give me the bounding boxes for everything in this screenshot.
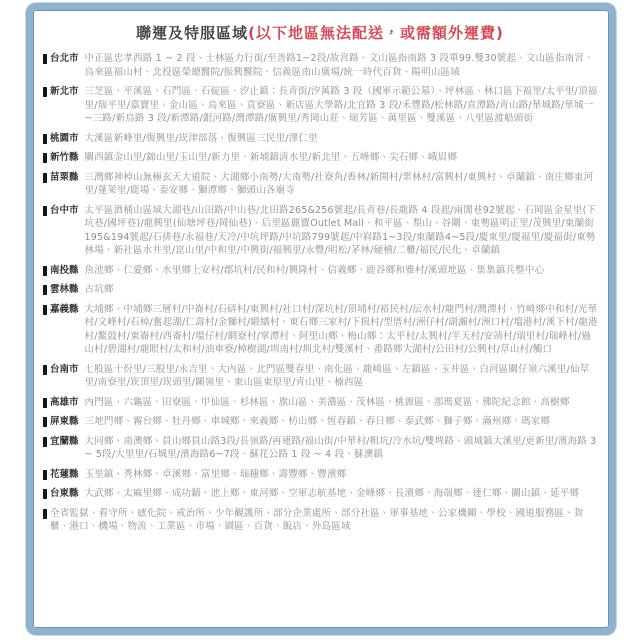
section-bullet-icon <box>43 509 47 519</box>
shipping-notice-panel: 聯運及特服區域(以下地區無法配送，或需額外運費) 台北市 中正區忠孝西路 1 ~… <box>26 3 616 635</box>
region-text: 三芝區、平溪區、石門區、石碇區、汐止鎮：長青街/汐萬路 3 段（國軍示範公墓）、… <box>85 85 599 126</box>
region-text: 大溪區新峰里/復興里/崁津部落、復興區三民里/澤仁里 <box>85 132 599 146</box>
region-text: 大同鄉、南澳鄉、員山鄉員山路3段/長嶺路/再連路/福山街/中華村/粗坑/冷水坑/… <box>85 435 599 462</box>
section-bullet-icon <box>43 305 47 315</box>
notice-title-main: 聯運及特服區域 <box>136 24 248 42</box>
region-row-tainan: 台南市 七股區十份里/三股里/永吉里、大內區、北門區雙春里、南化區、龍崎區、左鎮… <box>41 363 599 390</box>
region-label: 宜蘭縣 <box>50 435 79 449</box>
region-row-chiayi: 嘉義縣 大埔鄉、中埔鄉三層村/中崙村/石硦村/東興村/社口村/深坑村/頂埔村/裕… <box>41 303 599 357</box>
section-bullet-icon <box>43 173 47 183</box>
section-bullet-icon <box>43 285 47 295</box>
region-row-pingtung: 屏東縣 三地門鄉、霧台鄉、牡丹鄉、車城鄉、來義鄉、枋山鄉、恆春鎮、春日鄉、泰武鄉… <box>41 415 599 429</box>
region-text: 三灣鄉神棹山無極玄天大道院、大湖鄉小南勢/大南勢/社寮角/香林/新開村/栗林村/… <box>85 171 599 198</box>
region-row-new-taipei: 新北市 三芝區、平溪區、石門區、石碇區、汐止鎮：長青街/汐萬路 3 段（國軍示範… <box>41 85 599 126</box>
region-label: 屏東縣 <box>50 415 79 429</box>
notice-title-highlight: (以下地區無法配送，或需額外運費) <box>248 24 504 42</box>
region-text: 關西鎮金山里/錦山里/玉山里/新力里、新埔鎮清水里/新北里、五峰鄉、尖石鄉、峨眉… <box>85 151 599 165</box>
region-text: 古坑鄉 <box>85 283 599 297</box>
region-text: 太平區酒桶山區域大湖巷/山田路/中山巷/北田路265&256號起/長青巷/長龍路… <box>85 204 599 258</box>
region-text: 內門區、六龜區、田寮區、甲仙區、杉林區、旗山區、美濃區、茂林區、桃源區、那瑪夏區… <box>85 396 599 410</box>
region-text: 魚池鄉、仁愛鄉、水里鄉上安村/郡坑村/民和村/興隆村、信義鄉、鹿谷鄉和雅村/溪頭… <box>85 264 599 278</box>
region-label: 新竹縣 <box>50 151 79 165</box>
region-row-yilan: 宜蘭縣 大同鄉、南澳鄉、員山鄉員山路3段/長嶺路/再連路/福山街/中華村/粗坑/… <box>41 435 599 462</box>
section-bullet-icon <box>43 365 47 375</box>
region-row-kaohsiung: 高雄市 內門區、六龜區、田寮區、甲仙區、杉林區、旗山區、美濃區、茂林區、桃源區、… <box>41 396 599 410</box>
region-label: 新北市 <box>50 85 79 99</box>
region-row-hsinchu: 新竹縣 關西鎮金山里/錦山里/玉山里/新力里、新埔鎮清水里/新北里、五峰鄉、尖石… <box>41 151 599 165</box>
region-label: 苗栗縣 <box>50 171 79 185</box>
region-text: 三地門鄉、霧台鄉、牡丹鄉、車城鄉、來義鄉、枋山鄉、恆春鎮、春日鄉、泰武鄉、獅子鄉… <box>85 415 599 429</box>
region-label: 嘉義縣 <box>50 303 79 317</box>
region-text: 中正區忠孝西路 1 ~ 2 段、士林區力行街/至善路1~2段/故宮路、文山區指南… <box>85 52 599 79</box>
region-row-taoyuan: 桃園市 大溪區新峰里/復興里/崁津部落、復興區三民里/澤仁里 <box>41 132 599 146</box>
region-row-taipei: 台北市 中正區忠孝西路 1 ~ 2 段、士林區力行街/至善路1~2段/故宮路、文… <box>41 52 599 79</box>
section-bullet-icon <box>43 206 47 216</box>
region-text: 玉里鎮、秀林鄉、卓溪鄉、富里鄉、瑞穗鄉、壽豐鄉、豐濱鄉 <box>85 468 599 482</box>
section-bullet-icon <box>43 398 47 408</box>
section-bullet-icon <box>43 153 47 163</box>
region-label: 雲林縣 <box>50 283 79 297</box>
section-bullet-icon <box>43 489 47 499</box>
region-row-yunlin: 雲林縣 古坑鄉 <box>41 283 599 297</box>
region-row-nantou: 南投縣 魚池鄉、仁愛鄉、水里鄉上安村/郡坑村/民和村/興隆村、信義鄉、鹿谷鄉和雅… <box>41 264 599 278</box>
section-bullet-icon <box>43 134 47 144</box>
section-bullet-icon <box>43 87 47 97</box>
region-label: 桃園市 <box>50 132 79 146</box>
region-text: 全省監獄、看守所、感化院、戒治所、少年觀護所、部分企業處所、部分社區、軍事基地、… <box>50 507 599 534</box>
section-bullet-icon <box>43 470 47 480</box>
notice-title: 聯運及特服區域(以下地區無法配送，或需額外運費) <box>41 22 599 43</box>
region-text: 大武鄉、太麻里鄉、成功鎮、池上鄉、東河鄉、空軍志航基地、金峰鄉、長濱鄉、海端鄉、… <box>85 487 599 501</box>
section-bullet-icon <box>43 266 47 276</box>
region-label: 花蓮縣 <box>50 468 79 482</box>
region-row-special-locations: 全省監獄、看守所、感化院、戒治所、少年觀護所、部分企業處所、部分社區、軍事基地、… <box>41 507 599 534</box>
region-text: 七股區十份里/三股里/永吉里、大內區、北門區雙春里、南化區、龍崎區、左鎮區、玉井… <box>85 363 599 390</box>
region-label: 台北市 <box>50 52 79 66</box>
region-label: 台東縣 <box>50 487 79 501</box>
region-row-hualien: 花蓮縣 玉里鎮、秀林鄉、卓溪鄉、富里鄉、瑞穗鄉、壽豐鄉、豐濱鄉 <box>41 468 599 482</box>
region-text: 大埔鄉、中埔鄉三層村/中崙村/石硦村/東興村/社口村/深坑村/頂埔村/裕民村/沄… <box>85 303 599 357</box>
section-bullet-icon <box>43 437 47 447</box>
region-row-miaoli: 苗栗縣 三灣鄉神棹山無極玄天大道院、大湖鄉小南勢/大南勢/社寮角/香林/新開村/… <box>41 171 599 198</box>
section-bullet-icon <box>43 54 47 64</box>
section-bullet-icon <box>43 417 47 427</box>
region-row-taichung: 台中市 太平區酒桶山區域大湖巷/山田路/中山巷/北田路265&256號起/長青巷… <box>41 204 599 258</box>
region-label: 台中市 <box>50 204 79 218</box>
region-label: 南投縣 <box>50 264 79 278</box>
region-label: 台南市 <box>50 363 79 377</box>
region-row-taitung: 台東縣 大武鄉、太麻里鄉、成功鎮、池上鄉、東河鄉、空軍志航基地、金峰鄉、長濱鄉、… <box>41 487 599 501</box>
region-label: 高雄市 <box>50 396 79 410</box>
